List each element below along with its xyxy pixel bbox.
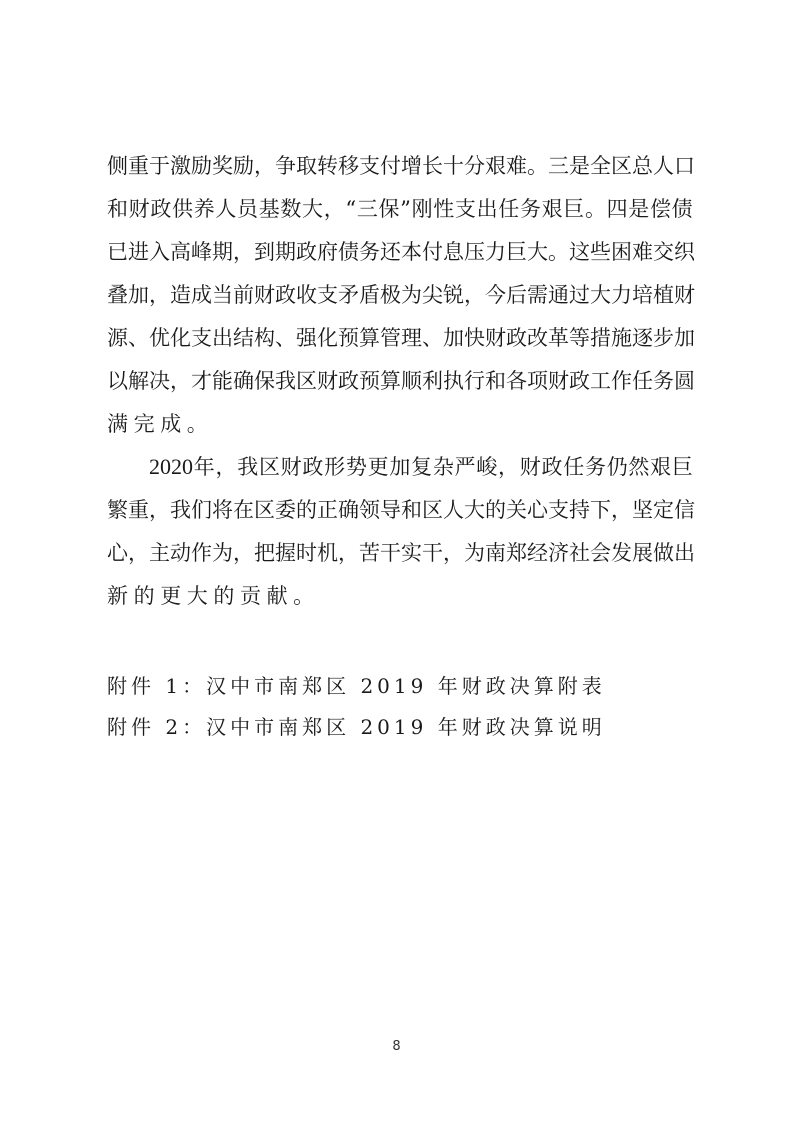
body-line: 侧重于激励奖励，争取转移支付增长十分艰难。三是全区总人口	[107, 151, 693, 181]
body-line-last: 满完成。	[107, 409, 213, 439]
document-page: 侧重于激励奖励，争取转移支付增长十分艰难。三是全区总人口 和财政供养人员基数大，…	[0, 0, 793, 1122]
page-number: 8	[0, 1039, 793, 1054]
attachment-2: 附件 2：汉中市南郑区 2019 年财政决算说明	[107, 712, 606, 742]
body-line: 繁重，我们将在区委的正确领导和区人大的关心支持下，坚定信	[107, 495, 693, 525]
body-line: 叠加，造成当前财政收支矛盾极为尖锐，今后需通过大力培植财	[107, 280, 693, 310]
body-line-last: 新的更大的贡献。	[107, 581, 320, 611]
body-line: 已进入高峰期，到期政府债务还本付息压力巨大。这些困难交织	[107, 237, 693, 267]
body-line-indented: 2020年，我区财政形势更加复杂严峻，财政任务仍然艰巨	[149, 452, 693, 482]
body-line: 心，主动作为，把握时机，苦干实干，为南郑经济社会发展做出	[107, 538, 693, 568]
attachment-1: 附件 1：汉中市南郑区 2019 年财政决算附表	[107, 671, 606, 701]
body-line: 和财政供养人员基数大，“三保”刚性支出任务艰巨。四是偿债	[107, 194, 693, 224]
body-line: 源、优化支出结构、强化预算管理、加快财政改革等措施逐步加	[107, 323, 693, 353]
body-line: 以解决，才能确保我区财政预算顺利执行和各项财政工作任务圆	[107, 366, 693, 396]
